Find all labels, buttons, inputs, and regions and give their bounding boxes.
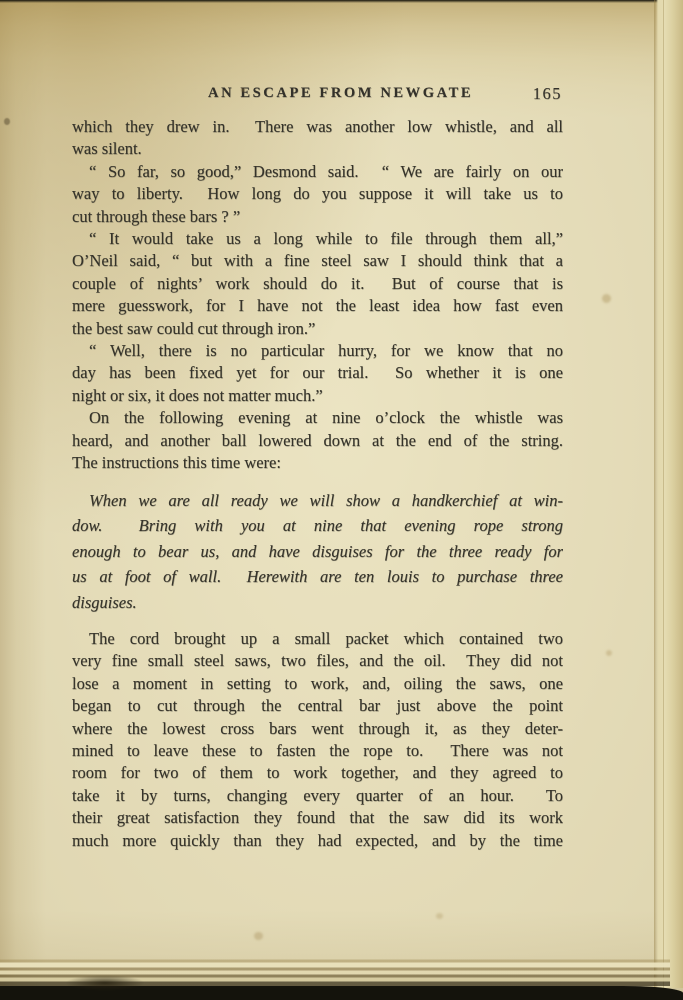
scan-speck	[602, 294, 611, 303]
text-line: room for two of them to work together, a…	[72, 762, 563, 784]
text-block: which they drew in. There was another lo…	[72, 116, 563, 852]
scan-top-edge	[0, 0, 683, 3]
text-line: take it by turns, changing every quarter…	[72, 785, 563, 807]
page-right-edge	[654, 0, 683, 988]
text-line: “ So far, so good,” Desmond said. “ We a…	[72, 161, 563, 183]
text-line: their great satisfaction they found that…	[72, 807, 563, 829]
paragraph: “ Well, there is no particular hurry, fo…	[72, 340, 563, 407]
paragraph: “ So far, so good,” Desmond said. “ We a…	[72, 161, 563, 228]
text-line: enough to bear us, and have disguises fo…	[72, 539, 563, 565]
text-line: disguises.	[72, 590, 563, 616]
text-line: On the following evening at nine o’clock…	[72, 407, 563, 429]
text-line: When we are all ready we will show a han…	[72, 488, 563, 514]
page-number: 165	[533, 84, 562, 104]
running-title: AN ESCAPE FROM NEWGATE	[208, 85, 473, 102]
text-line: much more quickly than they had expected…	[72, 830, 563, 852]
text-line: began to cut through the central bar jus…	[72, 695, 563, 717]
text-line: cut through these bars ? ”	[72, 206, 563, 228]
text-line: mere guesswork, for I have not the least…	[72, 295, 563, 317]
text-line: couple of nights’ work should do it. But…	[72, 273, 563, 295]
paragraph: On the following evening at nine o’clock…	[72, 407, 563, 474]
text-line: where the lowest cross bars went through…	[72, 718, 563, 740]
text-line: dow. Bring with you at nine that evening…	[72, 513, 563, 539]
book-page-scan: AN ESCAPE FROM NEWGATE 165 which they dr…	[0, 0, 683, 1000]
text-line: which they drew in. There was another lo…	[72, 116, 563, 138]
scan-speck	[254, 932, 263, 940]
text-line: the best saw could cut through iron.”	[72, 318, 563, 340]
scan-speck	[436, 913, 443, 919]
quoted-note-paragraph: When we are all ready we will show a han…	[72, 488, 563, 616]
text-line: was silent.	[72, 138, 563, 160]
text-line: “ It would take us a long while to file …	[72, 228, 563, 250]
text-line: very fine small steel saws, two files, a…	[72, 650, 563, 672]
page-header: AN ESCAPE FROM NEWGATE 165	[72, 85, 563, 107]
paragraph: The cord brought up a small packet which…	[72, 628, 563, 852]
text-line: lose a moment in setting to work, and, o…	[72, 673, 563, 695]
text-line: way to liberty. How long do you suppose …	[72, 183, 563, 205]
text-line: “ Well, there is no particular hurry, fo…	[72, 340, 563, 362]
text-line: us at foot of wall. Herewith are ten lou…	[72, 564, 563, 590]
scan-speck	[606, 650, 612, 656]
bottom-left-shadow	[66, 975, 144, 991]
text-line: The instructions this time were:	[72, 452, 563, 474]
text-line: O’Neil said, “ but with a fine steel saw…	[72, 250, 563, 272]
text-line: mined to leave these to fasten the rope …	[72, 740, 563, 762]
text-line: The cord brought up a small packet which…	[72, 628, 563, 650]
scan-speck	[4, 118, 10, 125]
paragraph: which they drew in. There was another lo…	[72, 116, 563, 161]
text-line: heard, and another ball lowered down at …	[72, 430, 563, 452]
text-line: day has been fixed yet for our trial. So…	[72, 362, 563, 384]
page-edge-line	[663, 0, 664, 988]
paragraph: “ It would take us a long while to file …	[72, 228, 563, 340]
text-line: night or six, it does not matter much.”	[72, 385, 563, 407]
scan-speck	[241, 88, 245, 92]
